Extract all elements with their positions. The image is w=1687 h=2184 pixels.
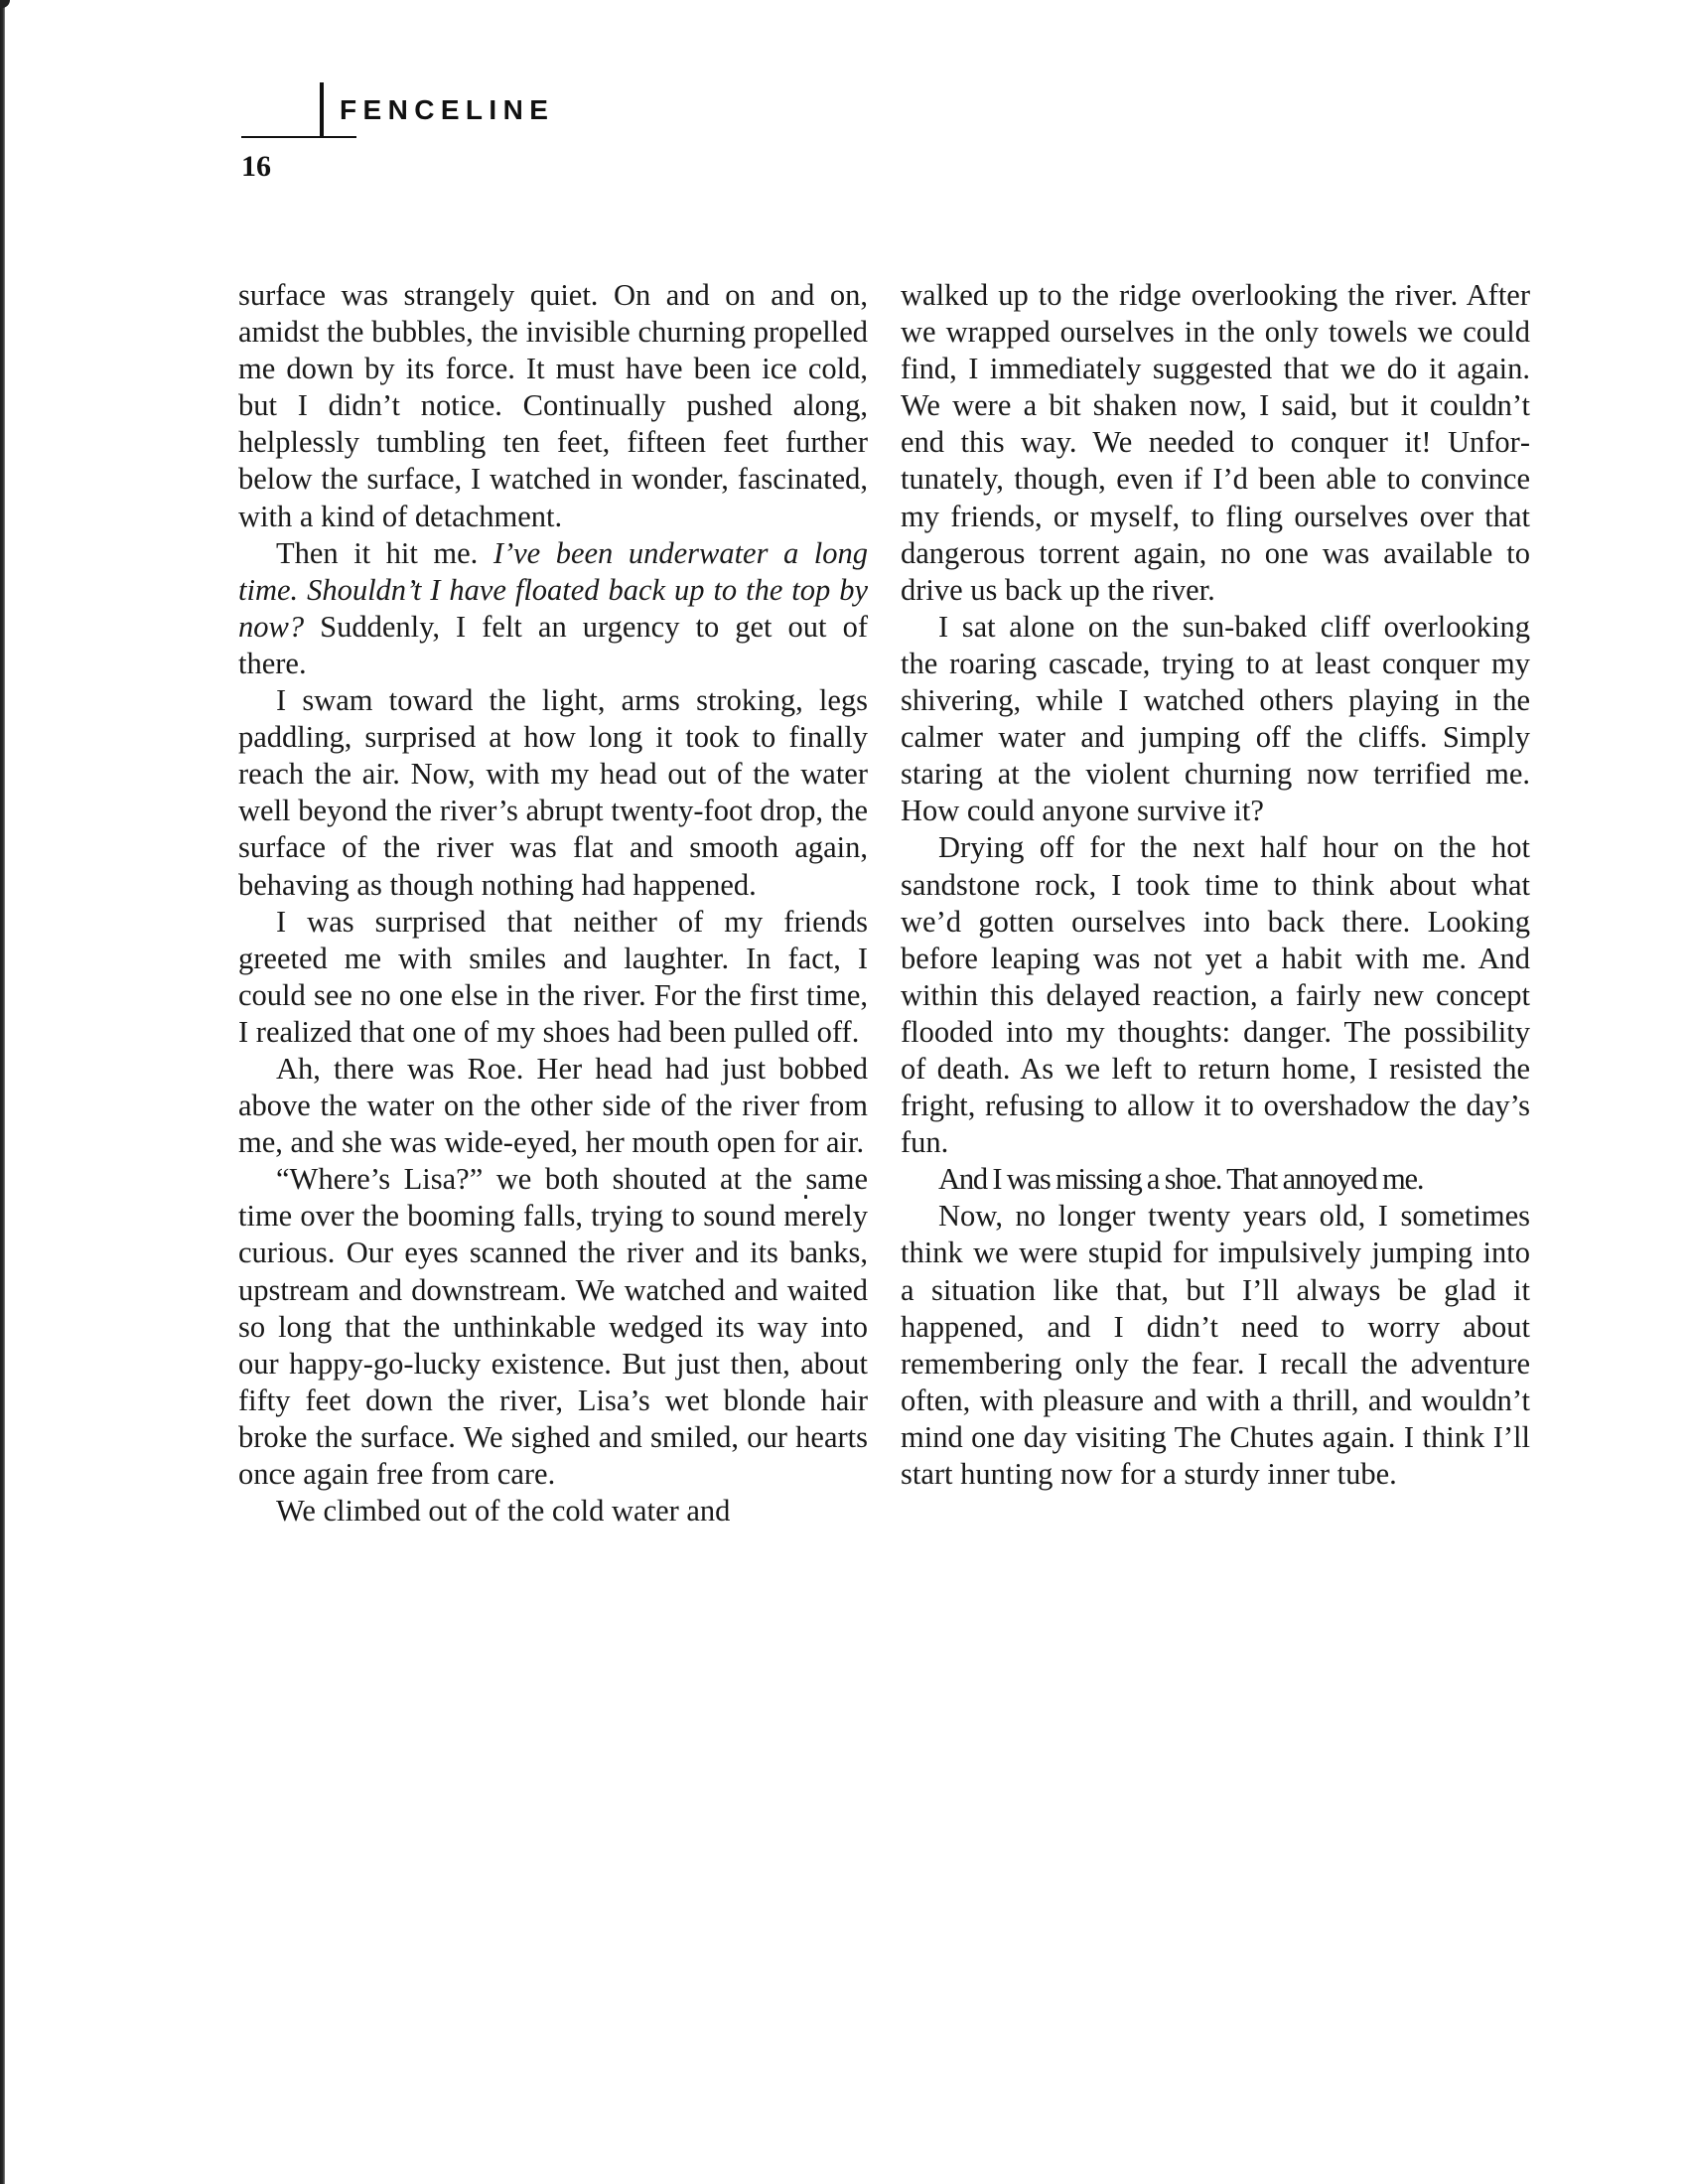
paragraph-tail: Suddenly, I felt an urgency to get out o… bbox=[238, 610, 868, 680]
paragraph: Then it hit me. I’ve been underwater a l… bbox=[238, 535, 868, 682]
paragraph: walked up to the ridge overlooking the r… bbox=[901, 277, 1530, 609]
paragraph: Now, no longer twenty years old, I somet… bbox=[901, 1198, 1530, 1493]
running-head: FENCELINE 16 bbox=[241, 82, 738, 192]
scan-speck bbox=[804, 1195, 807, 1199]
paragraph: Ah, there was Roe. Her head had just bob… bbox=[238, 1051, 868, 1161]
paragraph: I sat alone on the sun-baked cliff over­… bbox=[901, 609, 1530, 830]
scan-edge-shadow bbox=[0, 0, 5, 2184]
paragraph: I swam toward the light, arms stroking, … bbox=[238, 682, 868, 904]
page-number: 16 bbox=[241, 152, 271, 182]
paragraph: surface was strangely quiet. On and on a… bbox=[238, 277, 868, 535]
scan-corner-shadow bbox=[0, 0, 10, 8]
running-head-bar bbox=[320, 82, 324, 137]
paragraph-lead: Then it hit me. bbox=[276, 536, 493, 570]
paragraph: We climbed out of the cold water and bbox=[238, 1493, 868, 1529]
running-head-rule bbox=[241, 136, 356, 138]
left-column: surface was strangely quiet. On and on a… bbox=[238, 277, 868, 1529]
paragraph: And I was missing a shoe. That annoyed m… bbox=[901, 1161, 1530, 1198]
paragraph: I was surprised that neither of my frien… bbox=[238, 904, 868, 1051]
publication-title: FENCELINE bbox=[340, 96, 554, 124]
paragraph: “Where’s Lisa?” we both shouted at the s… bbox=[238, 1161, 868, 1493]
right-column: walked up to the ridge overlooking the r… bbox=[901, 277, 1530, 1493]
paragraph: Drying off for the next half hour on the… bbox=[901, 829, 1530, 1161]
